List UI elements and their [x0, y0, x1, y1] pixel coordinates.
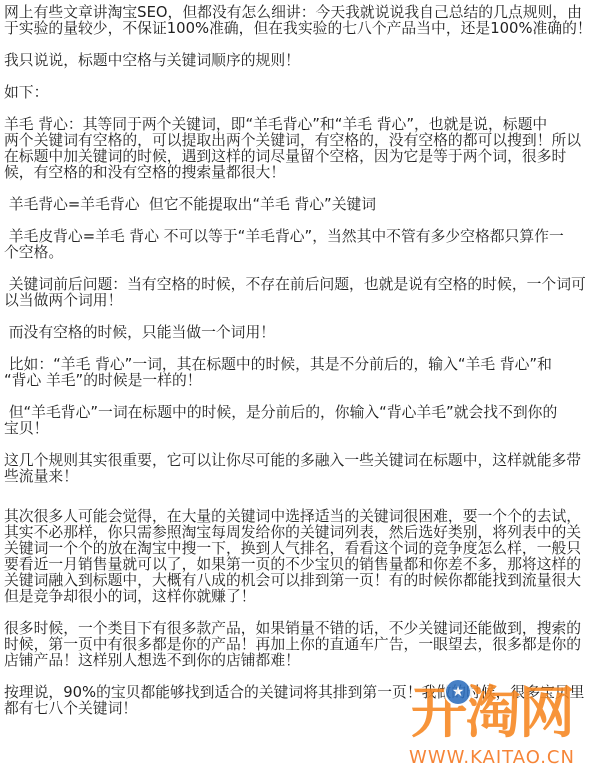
paragraph: 羊毛背心=羊毛背心 但它不能提取出“羊毛 背心”关键词 [4, 197, 596, 213]
paragraph: 很多时候，一个类目下有很多款产品，如果销量不错的话，不少关键词还能做到，搜索的 … [4, 621, 596, 669]
paragraph: 这几个规则其实很重要，它可以让你尽可能的多融入一些关键词在标题中，这样就能多带 … [4, 453, 596, 485]
article-page: 网上有些文章讲淘宝SEO，但都没有怎么细讲：今天我就说说我自己总结的几点规则，由… [0, 0, 600, 770]
paragraph: 我只说说，标题中空格与关键词顺序的规则！ [4, 53, 596, 69]
paragraph: 羊毛皮背心=羊毛 背心 不可以等于“羊毛背心”，当然其中不管有多少空格都只算作一… [4, 229, 596, 261]
paragraph: 网上有些文章讲淘宝SEO，但都没有怎么细讲：今天我就说说我自己总结的几点规则，由… [4, 5, 596, 37]
paragraph: 其次很多人可能会觉得，在大量的关键词中选择适当的关键词很困难，要一个个的去试， … [4, 509, 596, 605]
paragraph: 羊毛 背心：其等同于两个关键词，即“羊毛背心”和“羊毛 背心”，也就是说，标题中… [4, 117, 596, 181]
article-body: 网上有些文章讲淘宝SEO，但都没有怎么细讲：今天我就说说我自己总结的几点规则，由… [4, 5, 596, 733]
paragraph: 按理说，90%的宝贝都能够找到适合的关键词将其排到第一页！我做的时候，很多宝贝里… [4, 685, 596, 717]
paragraph: 关键词前后问题：当有空格的时候，不存在前后问题，也就是说有空格的时候，一个词可 … [4, 277, 596, 309]
paragraph: 但“羊毛背心”一词在标题中的时候，是分前后的，你输入“背心羊毛”就会找不到你的 … [4, 405, 596, 437]
paragraph: 比如：“羊毛 背心”一词，其在标题中的时候，其是不分前后的，输入“羊毛 背心”和… [4, 357, 596, 389]
watermark-url: WWW.KAITAO.CN [386, 747, 598, 768]
paragraph: 而没有空格的时候，只能当做一个词用！ [4, 325, 596, 341]
paragraph: 如下： [4, 85, 596, 101]
